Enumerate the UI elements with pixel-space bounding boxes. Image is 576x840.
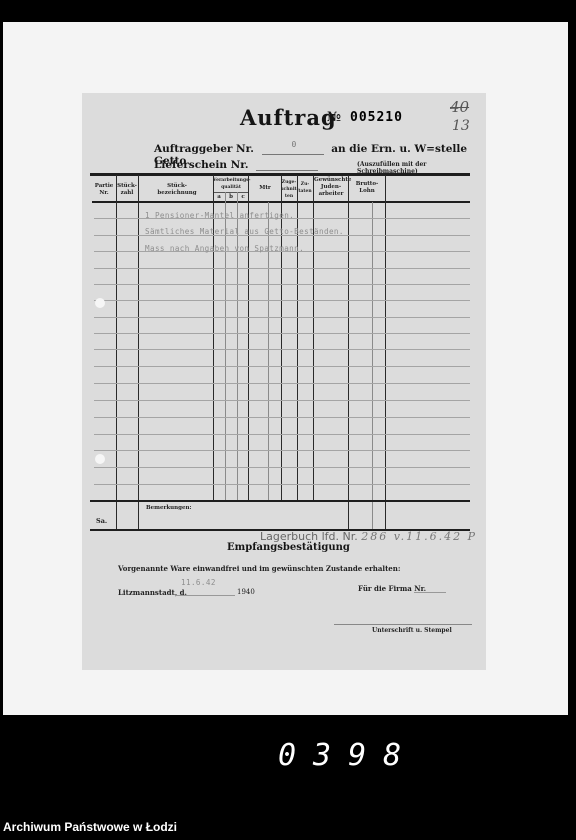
col-line xyxy=(116,175,117,530)
col-line xyxy=(385,175,386,530)
delivery-line: Lieferschein Nr. (Auszufüllen mit der Sc… xyxy=(154,159,474,171)
order-number: 005210 xyxy=(350,110,403,125)
remarks-label: Bemerkungen: xyxy=(146,505,192,511)
qualitaet-sub-rule xyxy=(213,192,249,193)
row-line xyxy=(94,450,470,451)
table-top-rule xyxy=(90,173,470,176)
ledger-handwritten: 286 v.11.6.42 P xyxy=(361,530,477,543)
row-line xyxy=(94,300,470,301)
delivery-field xyxy=(256,160,318,171)
row-line xyxy=(94,434,470,435)
col-line xyxy=(225,192,226,501)
header-qual-a: a xyxy=(213,194,225,201)
confirmation-title: Empfangsbestätigung xyxy=(227,542,350,553)
frame-counter: 0398 xyxy=(278,738,418,773)
row-line xyxy=(94,349,470,350)
header-qual-b: b xyxy=(225,194,237,201)
header-partie: Partie Nr. xyxy=(92,183,116,197)
row-line xyxy=(94,400,470,401)
row-line xyxy=(94,417,470,418)
col-line xyxy=(348,175,349,530)
punch-hole xyxy=(95,454,105,464)
signature-label: Unterschrift u. Stempel xyxy=(372,627,452,634)
client-field: 0 xyxy=(262,144,324,155)
date-typed: 11.6.42 xyxy=(181,578,216,587)
row-line xyxy=(94,383,470,384)
punch-hole xyxy=(95,298,105,308)
table-sum-rule xyxy=(90,500,470,502)
client-label: Auftraggeber Nr. xyxy=(154,143,254,155)
col-line xyxy=(313,175,314,501)
year-printed: 1940 xyxy=(237,588,255,596)
col-line xyxy=(138,175,139,530)
col-line xyxy=(213,175,214,501)
form-title: Auftrag xyxy=(240,105,337,130)
col-line xyxy=(297,175,298,501)
col-line xyxy=(237,192,238,501)
typed-line-3: Mass nach Angaben von Spatzmann. xyxy=(145,244,304,253)
header-judenarbeiter: Gewünschte Juden-arbeiter xyxy=(314,177,348,198)
header-qualitaet: Verarbeitungs-qualität xyxy=(213,177,249,191)
signature-line xyxy=(334,624,472,625)
row-line xyxy=(94,333,470,334)
header-bruttolohn: Brutto-Lohn xyxy=(350,181,384,195)
archive-institution-label: Archiwum Państwowe w Łodzi xyxy=(3,820,177,834)
row-line xyxy=(94,467,470,468)
typed-line-2: Sämtliches Material aus Getto-Beständen. xyxy=(145,227,344,236)
row-line xyxy=(94,284,470,285)
firm-field-line xyxy=(414,592,446,593)
col-line xyxy=(281,175,282,501)
header-zugeschnitten: Zuge-schnit-ten xyxy=(281,179,297,200)
client-value: 0 xyxy=(292,140,297,149)
col-line xyxy=(248,175,249,501)
row-line xyxy=(94,366,470,367)
sum-label: Sa. xyxy=(96,517,107,525)
row-line xyxy=(94,317,470,318)
header-zutaten: Zu-taten xyxy=(297,181,313,195)
typed-line-1: 1 Pensioner-Mantel anfertigen. xyxy=(145,211,294,220)
delivery-label: Lieferschein Nr. xyxy=(154,159,249,171)
row-line xyxy=(94,484,470,485)
number-label: № xyxy=(327,110,341,125)
header-stueckbezeichnung: Stück-bezeichnung xyxy=(152,183,202,197)
header-stueckzahl: Stück-zahl xyxy=(117,183,137,197)
confirmation-text: Vorgenannte Ware einwandfrei und im gewü… xyxy=(118,564,400,573)
order-form-sheet: Auftrag № 005210 40 13 Auftraggeber Nr. … xyxy=(82,93,486,670)
handwritten-note-top: 40 xyxy=(450,98,469,116)
date-field-line xyxy=(175,595,235,596)
header-mtr: Mtr xyxy=(249,185,281,192)
handwritten-note-bottom: 13 xyxy=(452,118,470,134)
row-line xyxy=(94,268,470,269)
